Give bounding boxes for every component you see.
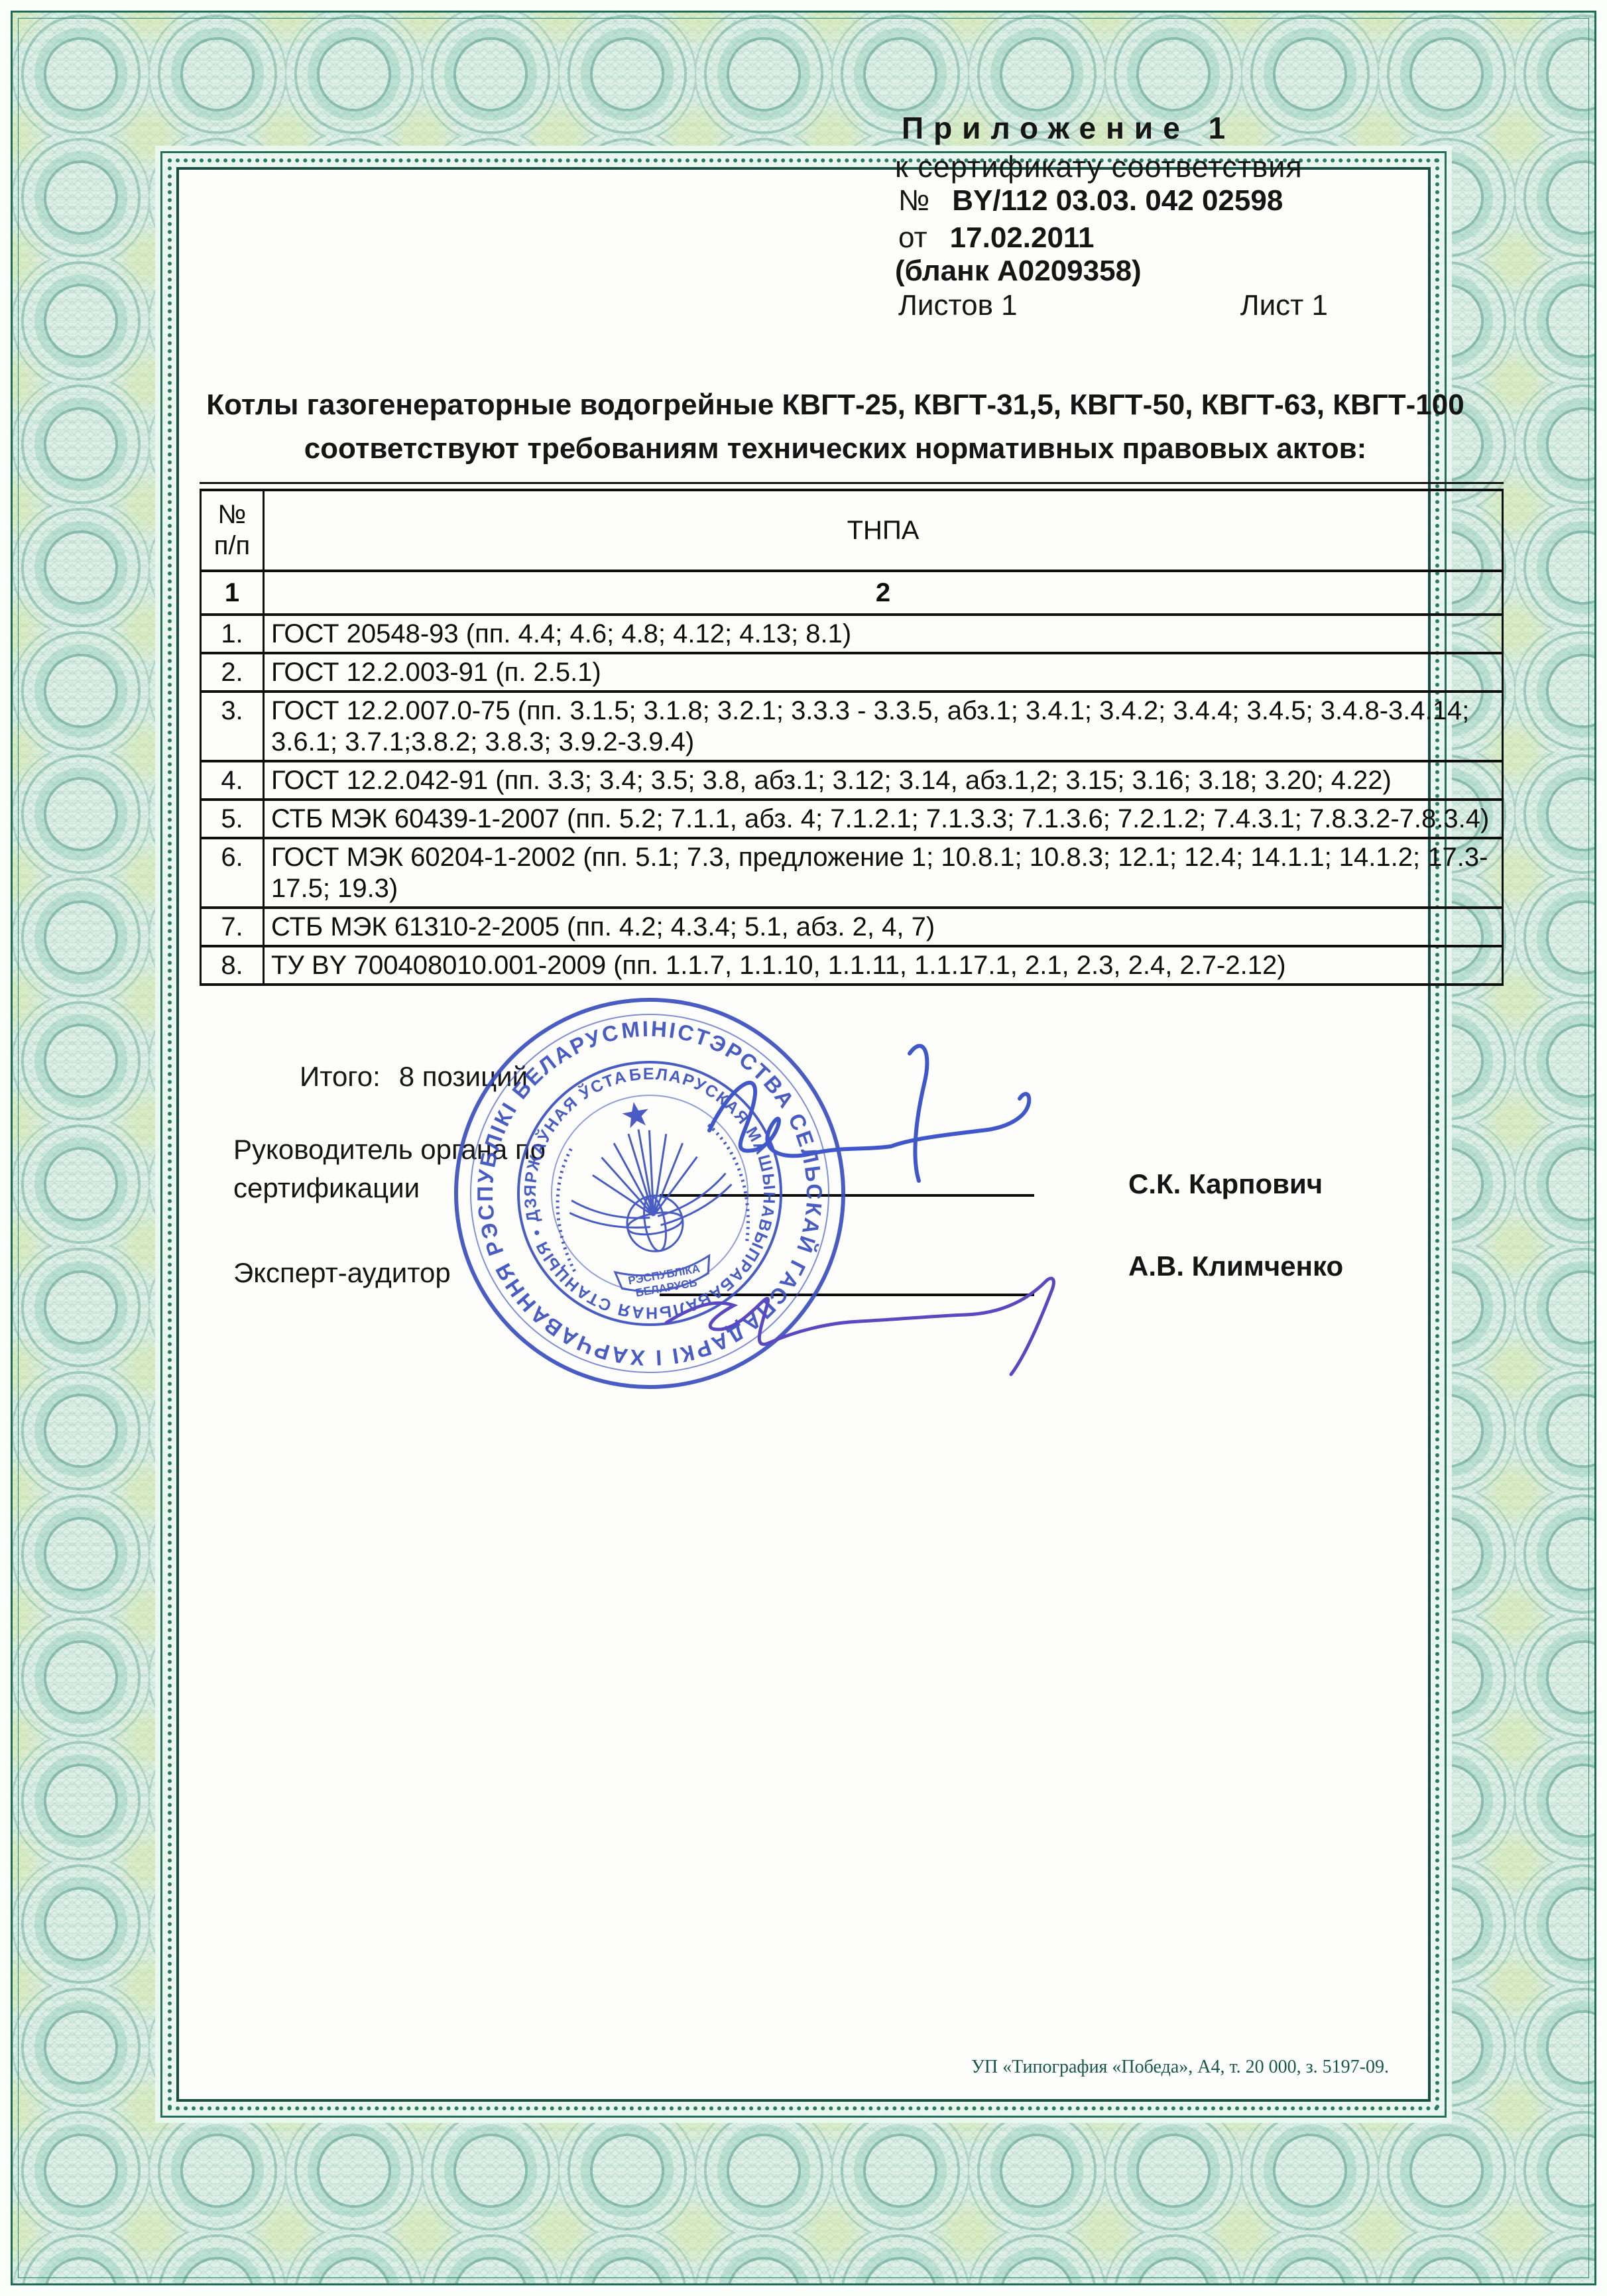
row-number: 4. (201, 761, 264, 800)
row-number: 2. (201, 653, 264, 692)
blank-number: (бланк А0209358) (895, 255, 1142, 288)
signature1-stroke-b (891, 1046, 1029, 1181)
printer-imprint: УП «Типография «Победа», А4, т. 20 000, … (925, 2057, 1389, 2078)
table-row: 7. СТБ МЭК 61310-2-2005 (пп. 4.2; 4.3.4;… (201, 908, 1503, 946)
appendix-title: Приложение 1 (902, 110, 1235, 146)
totals-label: Итого: (300, 1061, 381, 1092)
certificate-appendix-page: Приложение 1 к сертификату соответствия … (0, 0, 1607, 2296)
conformity-statement: Котлы газогенераторные водогрейные КВГТ-… (136, 383, 1535, 471)
row-tnpa-text: ГОСТ 12.2.003-91 (п. 2.5.1) (264, 653, 1503, 692)
handwritten-signature-1 (689, 1024, 1051, 1207)
certificate-date: 17.02.2011 (950, 221, 1095, 254)
col1-header-line2: п/п (202, 530, 263, 562)
statement-line2: соответствуют требованиям технических но… (136, 427, 1535, 471)
statement-line1: Котлы газогенераторные водогрейные КВГТ-… (136, 383, 1535, 427)
sheets-line: Листов 1 Лист 1 (898, 289, 1328, 322)
stamp-globe-parallel (626, 1209, 684, 1238)
tnpa-table: № п/п ТНПА 1 2 1. ГОСТ 20548-93 (пп. 4.4… (200, 489, 1504, 986)
number-sign: № (898, 184, 929, 217)
table-index-row: 1 2 (201, 571, 1503, 615)
certificate-number: BY/112 03.03. 042 02598 (952, 184, 1283, 217)
sheet-current: Лист 1 (1240, 289, 1328, 322)
signatory-name-1: С.К. Карпович (1128, 1168, 1323, 1200)
row-tnpa-text: ГОСТ 12.2.042-91 (пп. 3.3; 3.4; 3.5; 3.8… (264, 761, 1503, 800)
appendix-subtitle: к сертификату соответствия (895, 150, 1303, 184)
certificate-number-line: №BY/112 03.03. 042 02598 (898, 184, 1283, 217)
row-number: 3. (201, 692, 264, 761)
row-number: 8. (201, 946, 264, 985)
row-number: 7. (201, 908, 264, 946)
row-number: 1. (201, 615, 264, 653)
table-row: 6. ГОСТ МЭК 60204-1-2002 (пп. 5.1; 7.3, … (201, 838, 1503, 908)
table-row: 5. СТБ МЭК 60439-1-2007 (пп. 5.2; 7.1.1,… (201, 800, 1503, 838)
row-tnpa-text: ГОСТ 20548-93 (пп. 4.4; 4.6; 4.8; 4.12; … (264, 615, 1503, 653)
table-header-row: № п/п ТНПА (201, 490, 1503, 571)
col2-header: ТНПА (264, 490, 1503, 571)
row-tnpa-text: ГОСТ МЭК 60204-1-2002 (пп. 5.1; 7.3, пре… (264, 838, 1503, 908)
table-top-rule (200, 482, 1504, 484)
table-row: 8. ТУ BY 700408010.001-2009 (пп. 1.1.7, … (201, 946, 1503, 985)
col1-index: 1 (201, 571, 264, 615)
signature1-stroke-a (709, 1083, 891, 1156)
row-number: 5. (201, 800, 264, 838)
role-head-of-body-line2: сертификации (233, 1172, 420, 1204)
signatory-name-2: А.В. Климченко (1128, 1250, 1343, 1282)
col1-header-line1: № (202, 499, 263, 530)
row-number: 6. (201, 838, 264, 908)
row-tnpa-text: ТУ BY 700408010.001-2009 (пп. 1.1.7, 1.1… (264, 946, 1503, 985)
signature2-stroke (666, 1278, 1053, 1374)
table-row: 1. ГОСТ 20548-93 (пп. 4.4; 4.6; 4.8; 4.1… (201, 615, 1503, 653)
table-row: 3. ГОСТ 12.2.007.0-75 (пп. 3.1.5; 3.1.8;… (201, 692, 1503, 761)
row-tnpa-text: СТБ МЭК 60439-1-2007 (пп. 5.2; 7.1.1, аб… (264, 800, 1503, 838)
row-tnpa-text: СТБ МЭК 61310-2-2005 (пп. 4.2; 4.3.4; 5.… (264, 908, 1503, 946)
stamp-sun-rays (586, 1120, 705, 1225)
role-expert-auditor: Эксперт-аудитор (233, 1257, 451, 1289)
stamp-star-icon (621, 1100, 651, 1129)
table-row: 2. ГОСТ 12.2.003-91 (п. 2.5.1) (201, 653, 1503, 692)
certificate-date-line: от17.02.2011 (898, 221, 1094, 255)
sheets-total: Листов 1 (898, 289, 1018, 322)
row-tnpa-text: ГОСТ 12.2.007.0-75 (пп. 3.1.5; 3.1.8; 3.… (264, 692, 1503, 761)
table-row: 4. ГОСТ 12.2.042-91 (пп. 3.3; 3.4; 3.5; … (201, 761, 1503, 800)
col1-header: № п/п (201, 490, 264, 571)
handwritten-signature-2 (653, 1243, 1091, 1382)
col2-index: 2 (264, 571, 1503, 615)
date-label: от (898, 221, 927, 254)
